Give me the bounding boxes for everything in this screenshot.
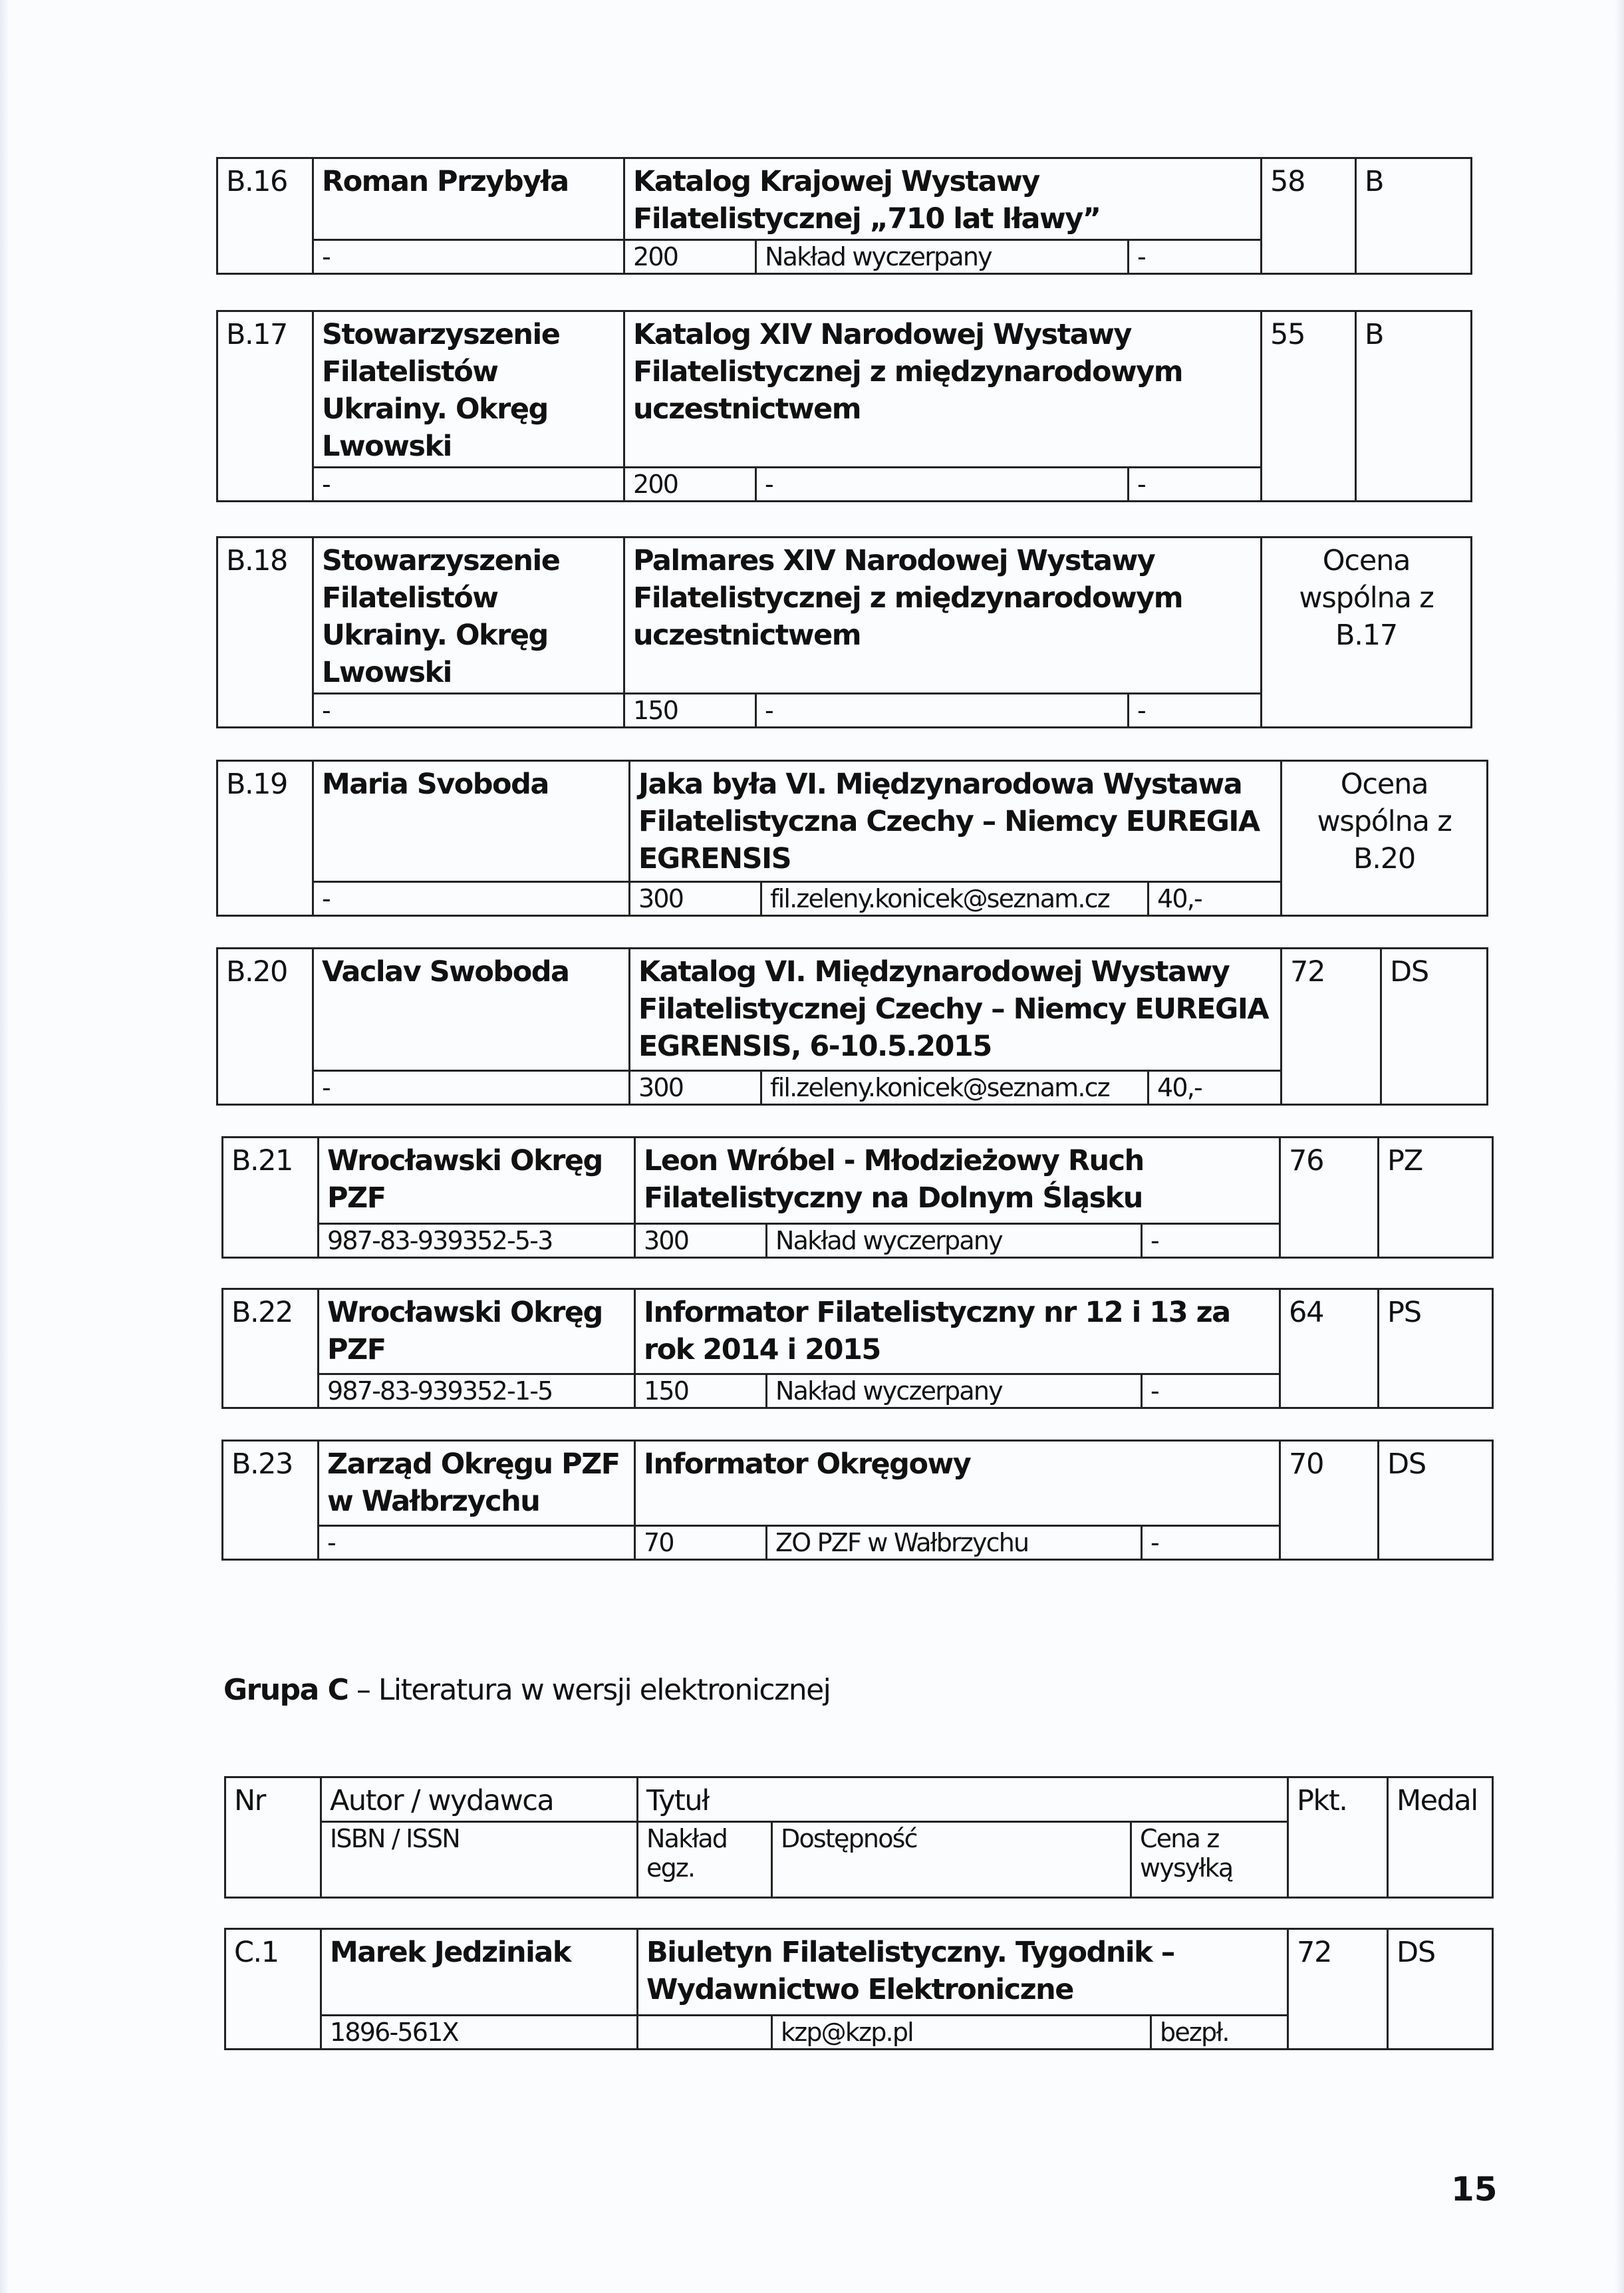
entry-price: bezpł. <box>1151 2016 1288 2050</box>
header-nr: Nr <box>225 1777 321 1898</box>
entry-number: B.23 <box>223 1441 319 1560</box>
entry-title: Katalog XIV Narodowej Wystawy Filatelist… <box>624 311 1262 468</box>
entry-medal: DS <box>1388 1929 1493 2050</box>
entry-isbn: - <box>313 1071 630 1105</box>
entry-points: 72 <box>1282 949 1381 1105</box>
page-edge-left <box>0 0 9 2293</box>
section-c-column-header: Nr Autor / wydawca Tytuł Pkt. Medal ISBN… <box>224 1776 1494 1899</box>
entry-availability: Nakład wyczerpany <box>767 1374 1142 1408</box>
entry-author: Stowarzyszenie Filatelistów Ukrainy. Okr… <box>313 311 624 468</box>
header-naklad: Nakład egz. <box>638 1822 772 1898</box>
entry-availability: kzp@kzp.pl <box>772 2016 1151 2050</box>
entry-naklad <box>638 2016 772 2050</box>
entry-isbn: - <box>319 1526 635 1560</box>
entry-medal: DS <box>1379 1441 1493 1560</box>
header-author: Autor / wydawca <box>321 1777 638 1822</box>
section-c-heading: Grupa C – Literatura w wersji elektronic… <box>223 1673 830 1707</box>
entry-b21: B.21 Wrocławski Okręg PZF Leon Wróbel - … <box>221 1136 1494 1259</box>
entry-availability: - <box>756 468 1129 502</box>
entry-b22: B.22 Wrocławski Okręg PZF Informator Fil… <box>221 1288 1494 1409</box>
page-number: 15 <box>1451 2170 1498 2209</box>
entry-author: Stowarzyszenie Filatelistów Ukrainy. Okr… <box>313 537 624 694</box>
entry-b18: B.18 Stowarzyszenie Filatelistów Ukrainy… <box>216 536 1472 728</box>
header-title: Tytuł <box>638 1777 1288 1822</box>
entry-number: C.1 <box>225 1929 321 2050</box>
entry-b20: B.20 Vaclav Swoboda Katalog VI. Międzyna… <box>216 947 1488 1106</box>
entry-price: - <box>1129 468 1262 502</box>
section-c-heading-text: – Literatura w wersji elektronicznej <box>348 1673 830 1707</box>
entry-points: 64 <box>1280 1289 1379 1408</box>
entry-b23: B.23 Zarząd Okręgu PZF w Wałbrzychu Info… <box>221 1440 1494 1561</box>
entry-availability: - <box>756 694 1129 728</box>
entry-medal: B <box>1356 158 1472 274</box>
entry-b19: B.19 Maria Svoboda Jaka była VI. Międzyn… <box>216 760 1488 917</box>
entry-medal: PS <box>1379 1289 1493 1408</box>
entry-price: - <box>1142 1526 1280 1560</box>
entry-availability: Nakład wyczerpany <box>767 1224 1142 1258</box>
page-edge-right <box>1615 0 1624 2293</box>
entry-isbn: 987-83-939352-1-5 <box>319 1374 635 1408</box>
header-medal: Medal <box>1388 1777 1493 1898</box>
header-isbn: ISBN / ISSN <box>321 1822 638 1898</box>
entry-points: 72 <box>1288 1929 1388 2050</box>
entry-medal: DS <box>1381 949 1488 1105</box>
header-points: Pkt. <box>1288 1777 1388 1898</box>
entry-c1: C.1 Marek Jedziniak Biuletyn Filatelisty… <box>224 1928 1494 2050</box>
entry-points: 55 <box>1262 311 1356 502</box>
entry-points: 76 <box>1280 1138 1379 1258</box>
entry-author: Marek Jedziniak <box>321 1929 638 2016</box>
entry-b16: B.16 Roman Przybyła Katalog Krajowej Wys… <box>216 157 1472 275</box>
entry-title: Informator Filatelistyczny nr 12 i 13 za… <box>635 1289 1280 1374</box>
entry-b17: B.17 Stowarzyszenie Filatelistów Ukrainy… <box>216 310 1472 502</box>
entry-naklad: 70 <box>635 1526 767 1560</box>
entry-isbn: 987-83-939352-5-3 <box>319 1224 635 1258</box>
entry-author: Roman Przybyła <box>313 158 624 240</box>
entry-medal: PZ <box>1379 1138 1493 1258</box>
entry-author: Zarząd Okręgu PZF w Wałbrzychu <box>319 1441 635 1526</box>
entry-isbn: - <box>313 240 624 274</box>
entry-naklad: 300 <box>630 1071 761 1105</box>
entry-isbn: 1896-561X <box>321 2016 638 2050</box>
entry-title: Jaka była VI. Międzynarodowa Wystawa Fil… <box>630 761 1282 882</box>
entry-price: - <box>1129 240 1262 274</box>
entry-naklad: 200 <box>624 240 756 274</box>
entry-title: Palmares XIV Narodowej Wystawy Filatelis… <box>624 537 1262 694</box>
entry-points: 58 <box>1262 158 1356 274</box>
entry-title: Informator Okręgowy <box>635 1441 1280 1526</box>
entry-isbn: - <box>313 468 624 502</box>
entry-joint-rating: Ocena wspólna z B.17 <box>1262 537 1472 728</box>
entry-isbn: - <box>313 882 630 916</box>
entry-naklad: 300 <box>635 1224 767 1258</box>
entry-number: B.21 <box>223 1138 319 1258</box>
entry-points: 70 <box>1280 1441 1379 1560</box>
entry-availability: ZO PZF w Wałbrzychu <box>767 1526 1142 1560</box>
entry-author: Wrocławski Okręg PZF <box>319 1289 635 1374</box>
entry-author: Wrocławski Okręg PZF <box>319 1138 635 1224</box>
entry-availability: fil.zeleny.konicek@seznam.cz <box>761 1071 1149 1105</box>
entry-price: 40,- <box>1149 882 1282 916</box>
entry-availability: fil.zeleny.konicek@seznam.cz <box>761 882 1149 916</box>
entry-joint-rating: Ocena wspólna z B.20 <box>1282 761 1488 916</box>
entry-title: Katalog VI. Międzynarodowej Wystawy Fila… <box>630 949 1282 1071</box>
entry-naklad: 150 <box>624 694 756 728</box>
entry-title: Katalog Krajowej Wystawy Filatelistyczne… <box>624 158 1262 240</box>
entry-number: B.19 <box>217 761 313 916</box>
entry-number: B.18 <box>217 537 313 728</box>
entry-title: Leon Wróbel - Młodzieżowy Ruch Filatelis… <box>635 1138 1280 1224</box>
entry-number: B.22 <box>223 1289 319 1408</box>
entry-price: 40,- <box>1149 1071 1282 1105</box>
entry-naklad: 150 <box>635 1374 767 1408</box>
entry-number: B.17 <box>217 311 313 502</box>
entry-author: Vaclav Swoboda <box>313 949 630 1071</box>
entry-price: - <box>1142 1224 1280 1258</box>
section-c-heading-bold: Grupa C <box>223 1673 348 1707</box>
entry-price: - <box>1129 694 1262 728</box>
entry-naklad: 200 <box>624 468 756 502</box>
header-price: Cena z wysyłką <box>1131 1822 1288 1898</box>
entry-number: B.16 <box>217 158 313 274</box>
entry-author: Maria Svoboda <box>313 761 630 882</box>
header-availability: Dostępność <box>772 1822 1131 1898</box>
entry-price: - <box>1142 1374 1280 1408</box>
entry-availability: Nakład wyczerpany <box>756 240 1129 274</box>
entry-medal: B <box>1356 311 1472 502</box>
entry-naklad: 300 <box>630 882 761 916</box>
entry-number: B.20 <box>217 949 313 1105</box>
entry-title: Biuletyn Filatelistyczny. Tygodnik – Wyd… <box>638 1929 1288 2016</box>
entry-isbn: - <box>313 694 624 728</box>
